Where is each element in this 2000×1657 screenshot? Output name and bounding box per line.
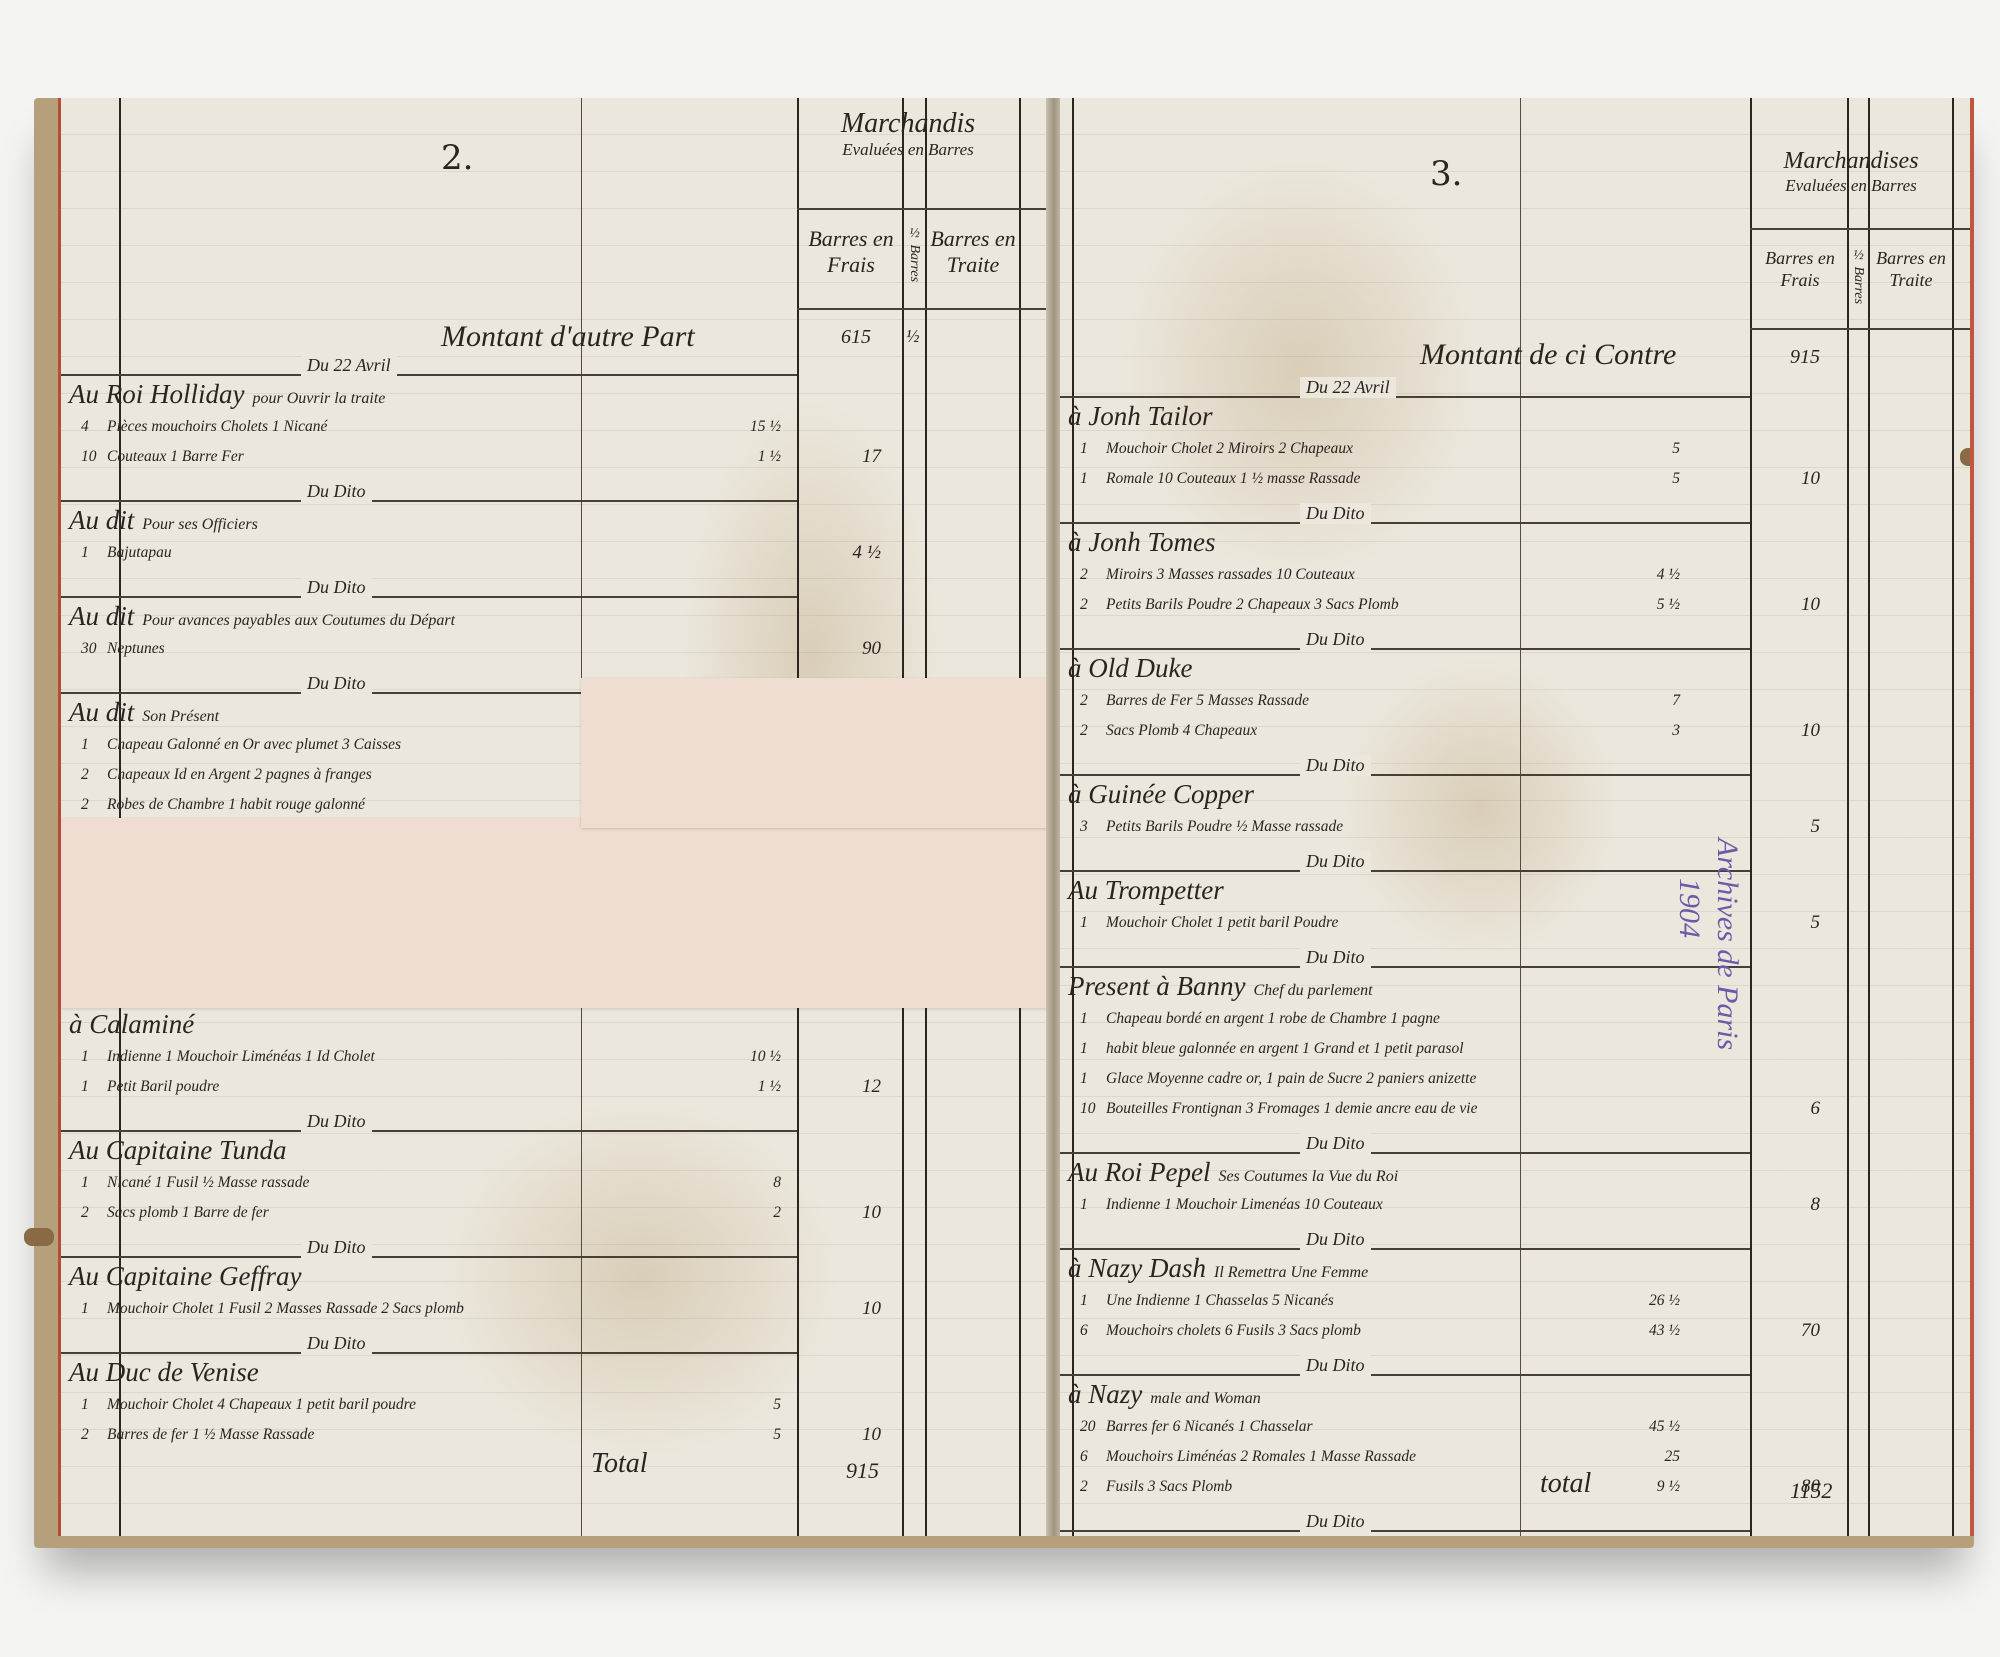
column-header-half: ½ Barres [906,226,922,282]
ledger-entry: Du DitoAu ditPour ses Officiers1Bajutapa… [61,472,797,568]
item-quantity: 2 [81,760,107,790]
entry-date: Du Dito [1300,947,1371,968]
item-description: Bouteilles Frontignan 3 Fromages 1 demie… [1106,1094,1477,1124]
item-description: Sacs Plomb 4 Chapeaux [1106,716,1257,746]
page-number: 3. [1430,154,1462,194]
line-item: 1Petit Baril poudre1 ½12 [61,1072,797,1102]
entry-date: Du Dito [1300,629,1371,650]
payee-note: Pour avances payables aux Coutumes du Dé… [142,612,455,629]
line-item: 2Sacs Plomb 4 Chapeaux310 [1060,716,1750,746]
archive-stamp-year: 1904 [1672,878,1706,938]
payee-name: au Prince George Capne Pepel [1068,1535,1406,1536]
item-value: 5 [1620,434,1680,464]
item-quantity: 10 [1080,1094,1106,1124]
page-total-value: 1152 [1790,1478,1832,1504]
entry-payee: à Calaminé [61,1006,797,1042]
line-item: 1Glace Moyenne cadre or, 1 pain de Sucre… [1060,1064,1750,1094]
page-total-label: total [1540,1468,1591,1500]
entry-date: Du 22 Avril [1300,377,1396,398]
column-header-traite: Barres en Traite [1870,248,1952,291]
item-value: 25 [1620,1442,1680,1472]
item-value: 45 ½ [1620,1412,1680,1442]
payee-note: Chef du parlement [1253,982,1372,999]
line-item: 10Bouteilles Frontignan 3 Fromages 1 dem… [1060,1094,1750,1124]
line-item: 1Mouchoir Cholet 1 petit baril Poudre5 [1060,908,1750,938]
ledger-entry: Du DitoAu Trompetter1Mouchoir Cholet 1 p… [1060,842,1750,938]
item-description: Sacs plomb 1 Barre de fer [107,1198,269,1228]
line-item: 1Une Indienne 1 Chasselas 5 Nicanés26 ½ [1060,1286,1750,1316]
item-quantity: 2 [1080,686,1106,716]
item-description: Barres de Fer 5 Masses Rassade [1106,686,1309,716]
item-description: Barres de fer 1 ½ Masse Rassade [107,1420,314,1450]
payee-name: Au Duc de Venise [69,1357,259,1387]
entry-payee: Au Duc de Venise [61,1354,797,1390]
ledger-entry: Du Ditoà Nazymale and Woman20Barres fer … [1060,1346,1750,1502]
ledger-book: 2. Marchandis Evaluées en Barres Barres … [34,98,1974,1548]
column-header-merchandise: Marchandis Evaluées en Barres [797,108,1019,160]
entry-total: 8 [1760,1190,1820,1220]
item-quantity: 2 [81,1198,107,1228]
entry-date-rule: Du Dito [1060,1502,1750,1532]
line-item: 1Indienne 1 Mouchoir Limenéas 10 Couteau… [1060,1190,1750,1220]
line-item: 30Neptunes90 [61,634,797,664]
carry-forward-value: 915 [1790,346,1820,369]
entry-total: 90 [821,634,881,664]
item-value: 5 [1620,464,1680,494]
entry-payee: à Old Duke [1060,650,1750,686]
payee-name: à Jonh Tomes [1068,527,1216,557]
entry-total: 5 [1760,812,1820,842]
ledger-entry: Du Ditoà Old Duke2Barres de Fer 5 Masses… [1060,620,1750,746]
column-header-merchandise: Marchandises Evaluées en Barres [1750,148,1952,195]
entry-date: Du Dito [301,1237,372,1258]
item-value: 5 [721,1390,781,1420]
entry-date-rule: Du 22 Avril [1060,368,1750,398]
payee-note: Son Présent [142,708,219,725]
ledger-entry: Du Ditoau Prince George Capne Pepel3Nept… [1060,1502,1750,1536]
item-quantity: 6 [1080,1316,1106,1346]
entry-date: Du Dito [301,1111,372,1132]
payee-name: à Old Duke [1068,653,1192,683]
item-value: 1 ½ [721,1072,781,1102]
entry-date: Du Dito [1300,1133,1371,1154]
entry-payee: à Guinée Copper [1060,776,1750,812]
line-item: 1Chapeau bordé en argent 1 robe de Chamb… [1060,1004,1750,1034]
ledger-entry: Du Ditoà Jonh Tomes2Miroirs 3 Masses ras… [1060,494,1750,620]
entry-date-rule: Du Dito [61,1102,797,1132]
payee-name: à Nazy Dash [1068,1253,1206,1283]
payee-name: Au dit [69,505,134,535]
item-value: 8 [721,1168,781,1198]
entry-total: 10 [1760,464,1820,494]
carry-forward-value: 615 [841,326,871,349]
item-quantity: 1 [1080,464,1106,494]
payee-name: Au Roi Pepel [1068,1157,1210,1187]
payee-name: Au Trompetter [1068,875,1224,905]
column-header-frais: Barres en Frais [1754,248,1846,291]
item-quantity: 1 [1080,1286,1106,1316]
entry-total: 10 [821,1294,881,1324]
item-value: 10 ½ [721,1042,781,1072]
right-entries: Du 22 Avrilà Jonh Tailor1Mouchoir Cholet… [1060,368,1750,1536]
entry-payee: Au ditPour ses Officiers [61,502,797,538]
item-value: 26 ½ [1620,1286,1680,1316]
line-item: 2Fusils 3 Sacs Plomb9 ½80 [1060,1472,1750,1502]
entry-payee: Au Capitaine Geffray [61,1258,797,1294]
payee-name: Au dit [69,601,134,631]
line-item: 1Nicané 1 Fusil ½ Masse rassade8 [61,1168,797,1198]
page-total-label: Total [591,1448,648,1480]
line-item: 1Indienne 1 Mouchoir Liménéas 1 Id Chole… [61,1042,797,1072]
entry-payee: au Prince George Capne Pepel [1060,1532,1750,1536]
item-quantity: 1 [81,538,107,568]
item-description: Indienne 1 Mouchoir Limenéas 10 Couteaux [1106,1190,1383,1220]
item-quantity: 2 [81,790,107,820]
item-description: Mouchoirs cholets 6 Fusils 3 Sacs plomb [1106,1316,1361,1346]
line-item: 1Mouchoir Cholet 4 Chapeaux 1 petit bari… [61,1390,797,1420]
entry-payee: Au Roi Hollidaypour Ouvrir la traite [61,376,797,412]
left-page: 2. Marchandis Evaluées en Barres Barres … [58,98,1051,1536]
item-quantity: 1 [81,1390,107,1420]
binding-tie [24,1228,54,1246]
item-quantity: 1 [81,1042,107,1072]
page-total-value: 915 [846,1458,879,1484]
entry-date-rule: Du Dito [61,1324,797,1354]
entry-date-rule: Du Dito [61,472,797,502]
payee-name: Au Capitaine Tunda [69,1135,287,1165]
line-item: 1habit bleue galonnée en argent 1 Grand … [1060,1034,1750,1064]
item-quantity: 2 [81,1420,107,1450]
entry-date: Du Dito [301,673,372,694]
ledger-entry: Du Ditoà Nazy DashIl Remettra Une Femme1… [1060,1220,1750,1346]
ledger-entry: Du DitoAu Roi PepelSes Coutumes la Vue d… [1060,1124,1750,1220]
item-value: 7 [1620,686,1680,716]
item-description: Mouchoir Cholet 2 Miroirs 2 Chapeaux [1106,434,1353,464]
archive-stamp-text: Archives de Paris [1710,838,1744,1050]
item-description: Mouchoir Cholet 1 Fusil 2 Masses Rassade… [107,1294,464,1324]
entry-date: Du 22 Avril [301,355,397,376]
item-description: Robes de Chambre 1 habit rouge galonné [107,790,365,820]
payee-name: Au Roi Holliday [69,379,244,409]
item-quantity: 2 [1080,716,1106,746]
payee-note: pour Ouvrir la traite [252,390,385,407]
item-description: Indienne 1 Mouchoir Liménéas 1 Id Cholet [107,1042,375,1072]
line-item: 20Barres fer 6 Nicanés 1 Chasselar45 ½ [1060,1412,1750,1442]
item-quantity: 4 [81,412,107,442]
line-item: 1Romale 10 Couteaux 1 ½ masse Rassade510 [1060,464,1750,494]
entry-payee: à Nazy DashIl Remettra Une Femme [1060,1250,1750,1286]
item-description: Couteaux 1 Barre Fer [107,442,244,472]
item-description: Pièces mouchoirs Cholets 1 Nicané [107,412,327,442]
entry-date-rule: Du Dito [1060,1346,1750,1376]
item-value: 15 ½ [721,412,781,442]
item-quantity: 3 [1080,812,1106,842]
pasted-paper-slip [61,818,1051,1008]
ledger-entry: Du DitoAu Capitaine Tunda1Nicané 1 Fusil… [61,1102,797,1228]
page-number: 2. [441,138,473,178]
entry-payee: à Jonh Tomes [1060,524,1750,560]
line-item: 4Pièces mouchoirs Cholets 1 Nicané15 ½ [61,412,797,442]
entry-total: 70 [1760,1316,1820,1346]
payee-note: male and Woman [1150,1390,1261,1407]
entry-payee: Au ditPour avances payables aux Coutumes… [61,598,797,634]
item-quantity: 1 [81,730,107,760]
ledger-entry: Du Ditoà Guinée Copper3Petits Barils Pou… [1060,746,1750,842]
entry-payee: Au Capitaine Tunda [61,1132,797,1168]
item-description: Mouchoir Cholet 1 petit baril Poudre [1106,908,1338,938]
payee-note: Pour ses Officiers [142,516,258,533]
item-description: Chapeaux Id en Argent 2 pagnes à franges [107,760,372,790]
entry-payee: à Nazymale and Woman [1060,1376,1750,1412]
item-value: 5 [721,1420,781,1450]
line-item: 10Couteaux 1 Barre Fer1 ½17 [61,442,797,472]
line-item: 1Bajutapau4 ½ [61,538,797,568]
ledger-entry: Du DitoAu Capitaine Geffray1Mouchoir Cho… [61,1228,797,1324]
item-quantity: 6 [1080,1442,1106,1472]
item-value: 3 [1620,716,1680,746]
entry-date-rule: Du Dito [61,1228,797,1258]
entry-date: Du Dito [1300,1229,1371,1250]
column-header-traite: Barres en Traite [927,226,1019,279]
entry-total: 10 [821,1198,881,1228]
entry-date: Du Dito [1300,755,1371,776]
item-quantity: 2 [1080,1472,1106,1502]
line-item: 2Petits Barils Poudre 2 Chapeaux 3 Sacs … [1060,590,1750,620]
entry-date-rule: Du Dito [1060,1220,1750,1250]
item-description: Petits Barils Poudre 2 Chapeaux 3 Sacs P… [1106,590,1399,620]
entry-total: 10 [821,1420,881,1450]
item-value: 2 [721,1198,781,1228]
line-item: 6Mouchoirs Liménéas 2 Romales 1 Masse Ra… [1060,1442,1750,1472]
column-header-half: ½ Barres [1850,248,1866,304]
item-description: Neptunes [107,634,165,664]
item-quantity: 1 [1080,1064,1106,1094]
item-value: 1 ½ [721,442,781,472]
entry-date-rule: Du Dito [1060,938,1750,968]
entry-total: 10 [1760,716,1820,746]
item-quantity: 1 [1080,1034,1106,1064]
entry-total: 10 [1760,590,1820,620]
column-header-frais: Barres en Frais [801,226,901,279]
item-quantity: 30 [81,634,107,664]
item-description: Miroirs 3 Masses rassades 10 Couteaux [1106,560,1355,590]
entry-date: Du Dito [1300,503,1371,524]
item-description: Chapeau bordé en argent 1 robe de Chambr… [1106,1004,1440,1034]
line-item: 2Barres de Fer 5 Masses Rassade7 [1060,686,1750,716]
line-item: 2Sacs plomb 1 Barre de fer210 [61,1198,797,1228]
entry-total: 17 [821,442,881,472]
payee-note: Ses Coutumes la Vue du Roi [1218,1168,1398,1185]
entry-payee: à Jonh Tailor [1060,398,1750,434]
item-description: habit bleue galonnée en argent 1 Grand e… [1106,1034,1464,1064]
line-item: 3Petits Barils Poudre ½ Masse rassade5 [1060,812,1750,842]
item-description: Petits Barils Poudre ½ Masse rassade [1106,812,1343,842]
line-item: 2Miroirs 3 Masses rassades 10 Couteaux4 … [1060,560,1750,590]
right-page: 3. Marchandises Evaluées en Barres Barre… [1060,98,1974,1536]
carry-forward-label: Montant de ci Contre [1420,338,1676,372]
item-description: Bajutapau [107,538,172,568]
entry-date-rule: Du 22 Avril [61,346,797,376]
item-quantity: 1 [81,1294,107,1324]
item-quantity: 1 [1080,434,1106,464]
entry-payee: Present à BannyChef du parlement [1060,968,1750,1004]
entry-total: 6 [1760,1094,1820,1124]
entry-date-rule: Du Dito [1060,620,1750,650]
item-description: Mouchoirs Liménéas 2 Romales 1 Masse Ras… [1106,1442,1416,1472]
item-value: 5 ½ [1620,590,1680,620]
payee-name: Present à Banny [1068,971,1245,1001]
item-quantity: 10 [81,442,107,472]
entry-payee: Au Trompetter [1060,872,1750,908]
entry-payee: Au Roi PepelSes Coutumes la Vue du Roi [1060,1154,1750,1190]
item-quantity: 2 [1080,590,1106,620]
ledger-entry: Du DitoAu Duc de Venise1Mouchoir Cholet … [61,1324,797,1450]
entry-date: Du Dito [301,577,372,598]
ledger-entry: Du DitoAu ditPour avances payables aux C… [61,568,797,664]
item-quantity: 1 [81,1072,107,1102]
item-quantity: 20 [1080,1412,1106,1442]
ledger-entry: Du 22 AvrilAu Roi Hollidaypour Ouvrir la… [61,346,797,472]
entry-date-rule: Du Dito [1060,494,1750,524]
payee-name: Au dit [69,697,134,727]
payee-name: à Jonh Tailor [1068,401,1213,431]
entry-total: 5 [1760,908,1820,938]
payee-name: à Nazy [1068,1379,1142,1409]
line-item: 6Mouchoirs cholets 6 Fusils 3 Sacs plomb… [1060,1316,1750,1346]
item-description: Glace Moyenne cadre or, 1 pain de Sucre … [1106,1064,1476,1094]
ledger-entry: Du 22 Avrilà Jonh Tailor1Mouchoir Cholet… [1060,368,1750,494]
payee-name: à Guinée Copper [1068,779,1254,809]
entry-date: Du Dito [301,481,372,502]
item-quantity: 1 [1080,1190,1106,1220]
item-description: Mouchoir Cholet 4 Chapeaux 1 petit baril… [107,1390,416,1420]
entry-date-rule: Du Dito [1060,1124,1750,1154]
entry-date-rule: Du Dito [1060,842,1750,872]
payee-name: Au Capitaine Geffray [69,1261,301,1291]
item-quantity: 1 [81,1168,107,1198]
item-value: 43 ½ [1620,1316,1680,1346]
item-description: Nicané 1 Fusil ½ Masse rassade [107,1168,309,1198]
item-description: Petit Baril poudre [107,1072,219,1102]
entry-total: 4 ½ [821,538,881,568]
entry-date-rule: Du Dito [1060,746,1750,776]
entry-date: Du Dito [1300,1355,1371,1376]
entry-date: Du Dito [301,1333,372,1354]
payee-note: Il Remettra Une Femme [1214,1264,1368,1281]
item-quantity: 1 [1080,1004,1106,1034]
line-item: 2Barres de fer 1 ½ Masse Rassade510 [61,1420,797,1450]
entry-date-rule: Du Dito [61,568,797,598]
pasted-paper-slip-upper [581,678,1051,828]
item-value: 4 ½ [1620,560,1680,590]
entry-total: 12 [821,1072,881,1102]
item-quantity: 1 [1080,908,1106,938]
ledger-entry: Du DitoPresent à BannyChef du parlement1… [1060,938,1750,1124]
entry-date: Du Dito [1300,851,1371,872]
line-item: 1Mouchoir Cholet 2 Miroirs 2 Chapeaux5 [1060,434,1750,464]
entry-date: Du Dito [1300,1511,1371,1532]
item-description: Barres fer 6 Nicanés 1 Chasselar [1106,1412,1313,1442]
item-description: Chapeau Galonné en Or avec plumet 3 Cais… [107,730,401,760]
line-item: 1Mouchoir Cholet 1 Fusil 2 Masses Rassad… [61,1294,797,1324]
item-description: Une Indienne 1 Chasselas 5 Nicanés [1106,1286,1334,1316]
item-quantity: 2 [1080,560,1106,590]
item-value: 9 ½ [1620,1472,1680,1502]
item-description: Romale 10 Couteaux 1 ½ masse Rassade [1106,464,1360,494]
payee-name: à Calaminé [69,1009,194,1039]
item-description: Fusils 3 Sacs Plomb [1106,1472,1232,1502]
carry-forward-half: ½ [906,326,920,347]
